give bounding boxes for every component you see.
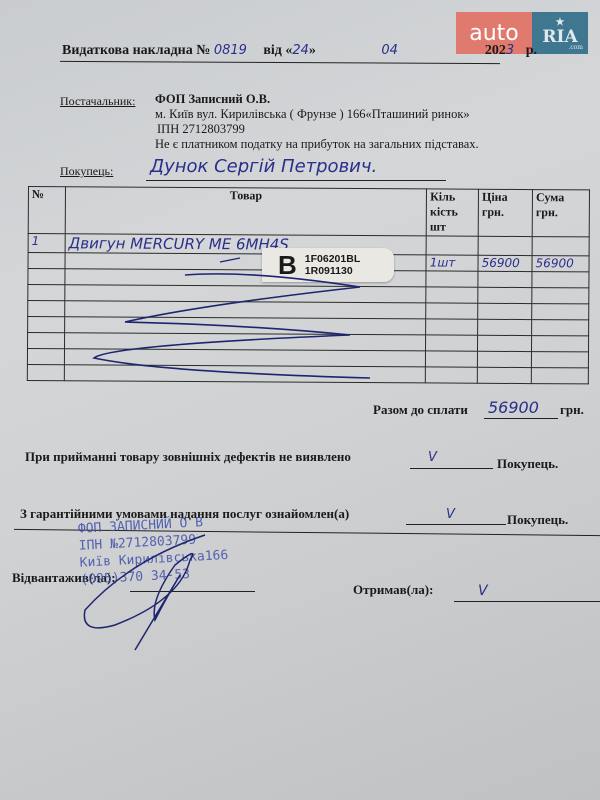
table-cancel-scribble: [94, 274, 370, 378]
pen-strokes: [0, 0, 600, 800]
row-tick-mark: [220, 258, 240, 262]
signature-scribble: [84, 535, 205, 650]
